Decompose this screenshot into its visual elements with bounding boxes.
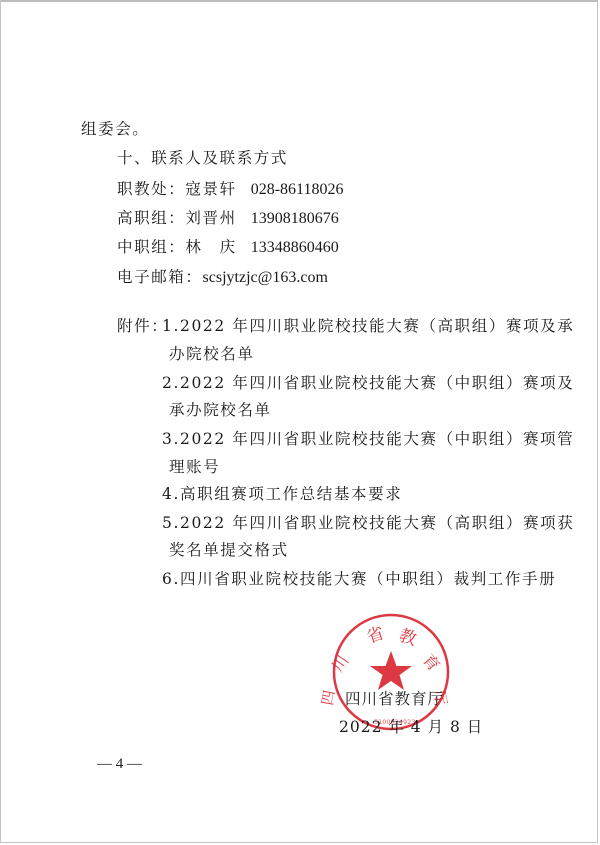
contact-row: 高职组：刘晋州13908180676 (117, 208, 339, 229)
svg-text:四: 四 (318, 689, 338, 707)
svg-text:教: 教 (396, 626, 418, 650)
contact-label: 中职组： (117, 238, 185, 256)
attachment-item-3-line1: 3.2022 年四川省职业院校技能大赛（中职组）赛项管 (162, 429, 574, 449)
svg-text:育: 育 (419, 650, 444, 674)
contact-row: 中职组：林 庆13348860460 (117, 237, 339, 258)
contact-label: 职教处： (117, 180, 185, 198)
contact-name: 林 庆 (185, 238, 236, 256)
section-heading: 十、联系人及联系方式 (117, 148, 288, 168)
contact-row: 职教处：寇景轩028-86118026 (117, 179, 343, 200)
signing-date: 2022 年 4 月 8 日 (339, 715, 483, 737)
attachment-item-2-line2: 承办院校名单 (169, 400, 272, 420)
attachment-item-4: 4.高职组赛项工作总结基本要求 (162, 484, 402, 504)
attachment-item-6: 6.四川省职业院校技能大赛（中职组）裁判工作手册 (162, 569, 556, 589)
official-seal-icon: 省 教 育 厅 川 四 5100034923 (318, 613, 464, 731)
signing-organization: 四川省教育厅 (345, 687, 444, 709)
attachment-item-5-line1: 5.2022 年四川省职业院校技能大赛（高职组）赛项获 (162, 513, 574, 533)
document-page: 组委会。 十、联系人及联系方式 职教处：寇景轩028-86118026 高职组：… (0, 0, 598, 843)
email-value: scsjytzjc@163.com (203, 269, 328, 286)
attachment-item-5-line2: 奖名单提交格式 (169, 540, 289, 560)
contact-phone: 028-86118026 (251, 181, 344, 198)
email-label: 电子邮箱： (117, 268, 203, 286)
attachments-label: 附件： (117, 316, 168, 336)
attachment-item-2-line1: 2.2022 年四川省职业院校技能大赛（中职组）赛项及 (162, 373, 574, 393)
email-row: 电子邮箱：scsjytzjc@163.com (117, 267, 328, 288)
svg-text:省: 省 (364, 623, 386, 647)
page-number: — 4 — (97, 756, 142, 773)
attachment-item-3-line2: 理账号 (169, 457, 220, 477)
contact-phone: 13908180676 (251, 210, 339, 227)
svg-text:川: 川 (328, 651, 353, 675)
contact-name: 刘晋州 (185, 209, 236, 227)
continuation-text: 组委会。 (81, 119, 149, 139)
contact-label: 高职组： (117, 209, 185, 227)
attachment-item-1-line1: 1.2022 年四川职业院校技能大赛（高职组）赛项及承 (162, 316, 574, 336)
attachment-item-1-line2: 办院校名单 (169, 344, 255, 364)
contact-name: 寇景轩 (185, 180, 236, 198)
contact-phone: 13348860460 (251, 239, 339, 256)
